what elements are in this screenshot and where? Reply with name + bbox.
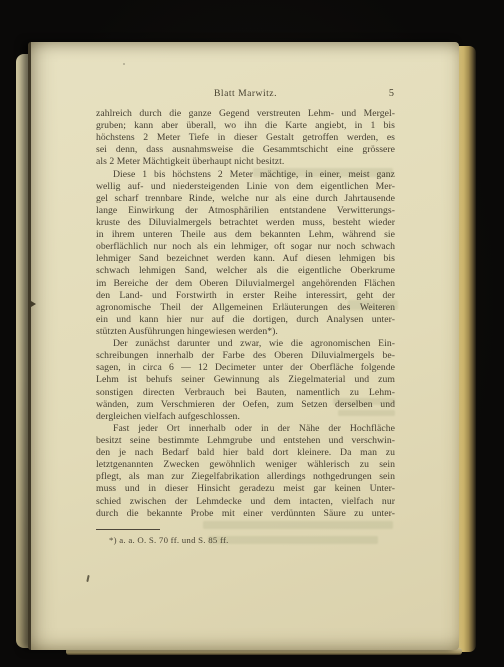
body-text: zahlreich durch die ganze Gegend verstre… — [96, 108, 395, 520]
text-line: kruste des Diluvialmergels betrachtet we… — [96, 217, 395, 229]
book-page: Blatt Marwitz. 5 zahlreich durch die gan… — [28, 42, 459, 650]
text-line: durch die bekannte Probe mit einer verdü… — [96, 508, 395, 520]
text-line: als 2 Meter Mächtigkeit überhaupt nicht … — [96, 156, 395, 168]
text-line: wellig auf- und niedersteigenden Linie v… — [96, 181, 395, 193]
text-line: im Bereiche der dem Oberen Diluvialmerge… — [96, 278, 395, 290]
text-line: den je nach Bedarf bald hier bald dort k… — [96, 447, 395, 459]
text-line: Lehm ist behufs seiner Gewinnung als Zie… — [96, 374, 395, 386]
text-line: sei denn, dass ausnahmsweise die Gesammt… — [96, 144, 395, 156]
text-line: besitzt seine bestimmte Lehmgrube und en… — [96, 435, 395, 447]
text-line: zahlreich durch die ganze Gegend verstre… — [96, 108, 395, 120]
scanned-book-photo: Blatt Marwitz. 5 zahlreich durch die gan… — [0, 0, 504, 667]
footnote: *) a. a. O. S. 70 ff. und S. 85 ff. — [109, 535, 229, 545]
show-through-mark — [203, 521, 393, 529]
running-header-title: Blatt Marwitz. — [96, 88, 395, 99]
text-line: sonstigen directen Verbrauch bei Bauten,… — [96, 387, 395, 399]
page-number: 5 — [389, 88, 394, 99]
text-line: letztgenannten Zwecken gewöhnlich wenige… — [96, 459, 395, 471]
text-line: in ihrem unteren Theile aus dem bekannte… — [96, 229, 395, 241]
text-line: lehmiger Sand bezeichnet werden kann. Au… — [96, 253, 395, 265]
text-line: stützten Ausführungen hingewiesen werden… — [96, 326, 395, 338]
ink-speck — [123, 63, 125, 65]
text-line: wänden, zum Verschmieren der Oefen, zum … — [96, 399, 395, 411]
footnote-rule — [96, 529, 160, 530]
text-line: gruben; kann aber überall, wo ihn die Ka… — [96, 120, 395, 132]
text-line: Fast jeder Ort innerhalb oder in der Näh… — [96, 423, 395, 435]
running-header: Blatt Marwitz. 5 — [96, 88, 395, 102]
text-line: den Land- und Forstwirth in erster Reihe… — [96, 290, 395, 302]
text-line: Der zunächst darunter und zwar, wie die … — [96, 338, 395, 350]
text-line: höchstens 2 Meter Tiefe in dieser Gestal… — [96, 132, 395, 144]
text-line: agronomische Theil der Allgemeinen Erläu… — [96, 302, 395, 314]
text-line: schied zwischen der Lehmdecke und dem in… — [96, 496, 395, 508]
ink-speck — [31, 301, 36, 307]
text-line: dergleichen vielfach aufgeschlossen. — [96, 411, 395, 423]
text-line: lange Einwirkung der Atmosphärilien ents… — [96, 205, 395, 217]
text-line: pflegt, als man zur Ziegelfabrikation al… — [96, 471, 395, 483]
text-line: schwach lehmigen Sand, welcher als die e… — [96, 265, 395, 277]
text-line: Diese 1 bis höchstens 2 Meter mächtige, … — [96, 169, 395, 181]
text-line: ein und kann hier nur auf die dortigen, … — [96, 314, 395, 326]
text-line: gel scharf trennbare Rinde, welche nur a… — [96, 193, 395, 205]
text-line: muss und in dieser Hinsicht geradezu mei… — [96, 483, 395, 495]
show-through-mark — [208, 536, 378, 544]
text-line: schreibungen innerhalb der Farbe des Obe… — [96, 350, 395, 362]
text-line: sagen, in circa 6 — 12 Decimeter unter d… — [96, 362, 395, 374]
text-line: oberflächlich nur noch als ein lehmiger,… — [96, 241, 395, 253]
ink-speck — [86, 575, 89, 582]
